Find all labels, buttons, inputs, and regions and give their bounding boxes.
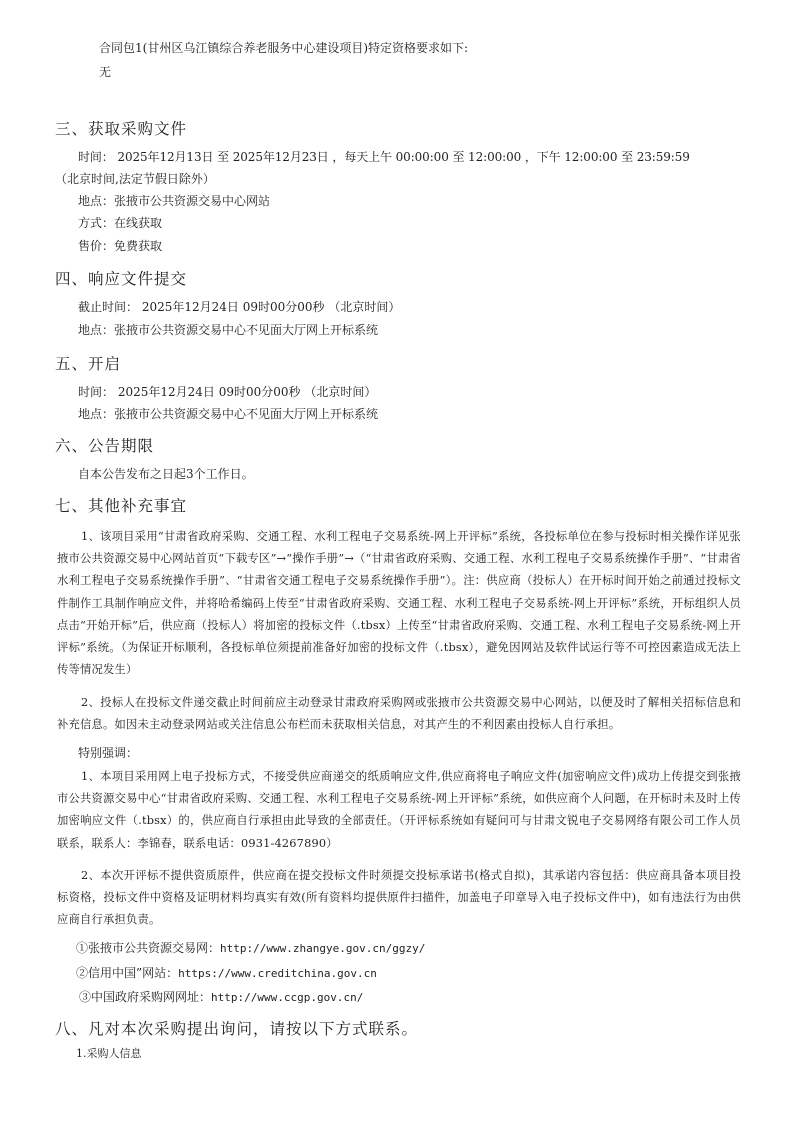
opening-location: 地点：张掖市公共资源交易中心不见面大厅网上开标系统 (78, 407, 378, 421)
package-requirement-value: 无 (99, 65, 111, 79)
acquire-time: 时间： 2025年12月13日 至 2025年12月23日 ，每天上午 00:0… (78, 150, 690, 164)
announcement-period: 自本公告发布之日起3个工作日。 (78, 467, 254, 481)
link-label-ggzy: ①张掖市公共资源交易网： (76, 941, 220, 955)
section7-heading: 七、其他补充事宜 (55, 497, 187, 515)
acquire-price: 售价：免费获取 (78, 239, 162, 253)
emphasis-label: 特别强调： (78, 746, 138, 760)
section4-heading: 四、响应文件提交 (55, 270, 187, 288)
link-row-creditchina: ②信用中国”网站：https://www.creditchina.gov.cn (76, 966, 377, 981)
opening-time: 时间： 2025年12月24日 09时00分00秒 （北京时间） (78, 385, 376, 399)
link-ccgp[interactable]: http://www.ccgp.gov.cn/ (211, 991, 363, 1004)
acquire-time-note: （北京时间,法定节假日除外） (55, 172, 215, 186)
link-ggzy[interactable]: http://www.zhangye.gov.cn/ggzy/ (220, 942, 425, 955)
acquire-method: 方式：在线获取 (78, 216, 162, 230)
link-label-creditchina: ②信用中国”网站： (76, 966, 178, 980)
package-requirement-title: 合同包1(甘州区乌江镇综合养老服务中心建设项目)特定资格要求如下: (99, 41, 468, 55)
link-row-ccgp: ③中国政府采购网网址：http://www.ccgp.gov.cn/ (79, 990, 363, 1005)
section8-heading: 八、凡对本次采购提出询问，请按以下方式联系。 (55, 1020, 418, 1038)
section5-heading: 五、开启 (55, 355, 121, 373)
acquire-location: 地点：张掖市公共资源交易中心网站 (78, 194, 270, 208)
link-row-ggzy: ①张掖市公共资源交易网：http://www.zhangye.gov.cn/gg… (76, 941, 425, 956)
submit-deadline: 截止时间： 2025年12月24日 09时00分00秒 （北京时间） (78, 300, 400, 314)
supplement-para-2: 2、投标人在投标文件递交截止时间前应主动登录甘肃政府采购网或张掖市公共资源交易中… (57, 692, 741, 736)
emphasis-para-1: 1、本项目采用网上电子投标方式，不接受供应商递交的纸质响应文件,供应商将电子响应… (57, 766, 741, 855)
emphasis-para-2: 2、本次开评标不提供资质原件，供应商在提交投标文件时须提交投标承诺书(格式自拟)… (57, 865, 741, 932)
submit-location: 地点：张掖市公共资源交易中心不见面大厅网上开标系统 (78, 323, 378, 337)
supplement-para-1: 1、该项目采用“甘肃省政府采购、交通工程、水利工程电子交易系统-网上开评标”系统… (57, 526, 741, 681)
link-label-ccgp: ③中国政府采购网网址： (79, 990, 211, 1004)
section6-heading: 六、公告期限 (55, 437, 154, 455)
link-creditchina[interactable]: https://www.creditchina.gov.cn (178, 967, 377, 980)
section3-heading: 三、获取采购文件 (55, 120, 187, 138)
purchaser-info-label: 1.采购人信息 (76, 1047, 142, 1061)
